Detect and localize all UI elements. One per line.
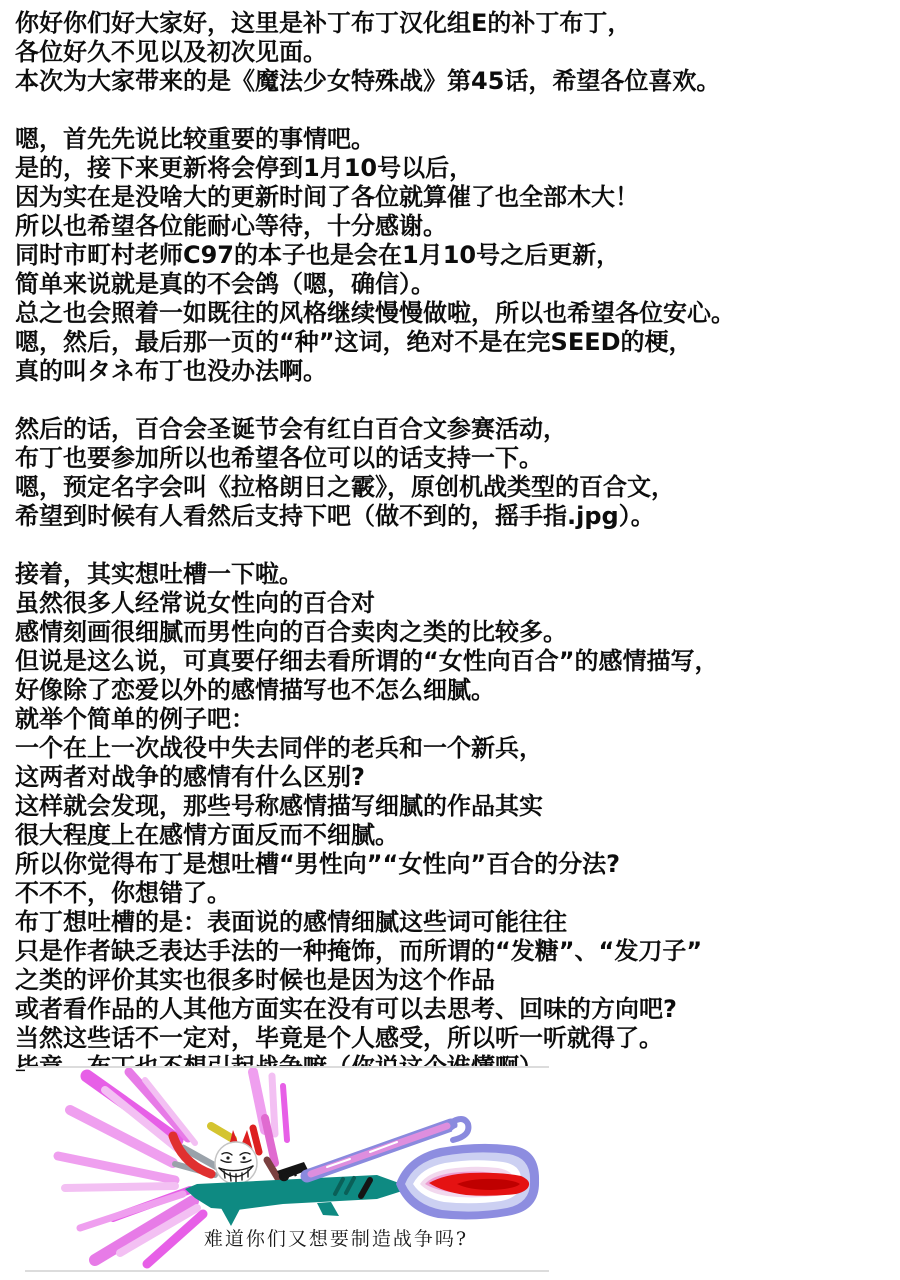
note-line: 嗯，预定名字会叫《拉格朗日之霰》，原创机战类型的百合文， xyxy=(15,473,893,502)
note-line: 接着，其实想吐槽一下啦。 xyxy=(15,560,893,589)
note-line: 只是作者缺乏表达手法的一种掩饰，而所谓的“发糖”、“发刀子” xyxy=(15,937,893,966)
note-line: 虽然很多人经常说女性向的百合对 xyxy=(15,589,893,618)
note-line: 嗯，首先先说比较重要的事情吧。 xyxy=(15,125,893,154)
note-line: 然后的话，百合会圣诞节会有红白百合文参赛活动， xyxy=(15,415,893,444)
note-line: 很大程度上在感情方面反而不细腻。 xyxy=(15,821,893,850)
note-line: 嗯，然后，最后那一页的“种”这词，绝对不是在完SEED的梗， xyxy=(15,328,893,357)
beam-blast xyxy=(396,1144,539,1220)
note-line: 所以也希望各位能耐心等待，十分感谢。 xyxy=(15,212,893,241)
note-line: 同时市町村老师C97的本子也是会在1月10号之后更新， xyxy=(15,241,893,270)
note-line: 就举个简单的例子吧： xyxy=(15,705,893,734)
note-line xyxy=(15,96,893,125)
meme-caption: 难道你们又想要制造战争吗? xyxy=(193,1224,479,1251)
note-line: 所以你觉得布丁是想吐槽“男性向”“女性向”百合的分法? xyxy=(15,850,893,879)
note-line: 本次为大家带来的是《魔法少女特殊战》第45话，希望各位喜欢。 xyxy=(15,67,893,96)
page: { "page": { "background": "#ffffff" }, "… xyxy=(0,0,900,1280)
note-line: 不不不，你想错了。 xyxy=(15,879,893,908)
meme-image: 难道你们又想要制造战争吗? xyxy=(25,1066,549,1272)
note-line: 当然这些话不一定对，毕竟是个人感受，所以听一听就得了。 xyxy=(15,1024,893,1053)
note-line: 是的，接下来更新将会停到1月10号以后， xyxy=(15,154,893,183)
note-line: 各位好久不见以及初次见面。 xyxy=(15,38,893,67)
beam-rifle xyxy=(185,1175,418,1226)
note-line: 布丁想吐槽的是：表面说的感情细腻这些词可能往往 xyxy=(15,908,893,937)
note-line: 但说是这么说，可真要仔细去看所谓的“女性向百合”的感情描写， xyxy=(15,647,893,676)
note-line: 或者看作品的人其他方面实在没有可以去思考、回味的方向吧? xyxy=(15,995,893,1024)
troll-face-head xyxy=(215,1142,257,1184)
note-line: 之类的评价其实也很多时候也是因为这个作品 xyxy=(15,966,893,995)
note-line: 感情刻画很细腻而男性向的百合卖肉之类的比较多。 xyxy=(15,618,893,647)
note-line: 简单来说就是真的不会鸽（嗯，确信）。 xyxy=(15,270,893,299)
note-line: 希望到时候有人看然后支持下吧（做不到的，摇手指.jpg）。 xyxy=(15,502,893,531)
note-line: 布丁也要参加所以也希望各位可以的话支持一下。 xyxy=(15,444,893,473)
note-line: 真的叫タネ布丁也没办法啊。 xyxy=(15,357,893,386)
note-line: 你好你们好大家好，这里是补丁布丁汉化组E的补丁布丁， xyxy=(15,9,893,38)
note-line xyxy=(15,386,893,415)
note-line xyxy=(15,531,893,560)
translator-note: 你好你们好大家好，这里是补丁布丁汉化组E的补丁布丁，各位好久不见以及初次见面。本… xyxy=(15,9,893,1082)
note-line: 这两者对战争的感情有什么区别? xyxy=(15,763,893,792)
note-line: 好像除了恋爱以外的感情描写也不怎么细腻。 xyxy=(15,676,893,705)
note-line: 一个在上一次战役中失去同伴的老兵和一个新兵， xyxy=(15,734,893,763)
note-line: 因为实在是没啥大的更新时间了各位就算催了也全部木大！ xyxy=(15,183,893,212)
note-line: 这样就会发现，那些号称感情描写细腻的作品其实 xyxy=(15,792,893,821)
note-line: 总之也会照着一如既往的风格继续慢慢做啦，所以也希望各位安心。 xyxy=(15,299,893,328)
